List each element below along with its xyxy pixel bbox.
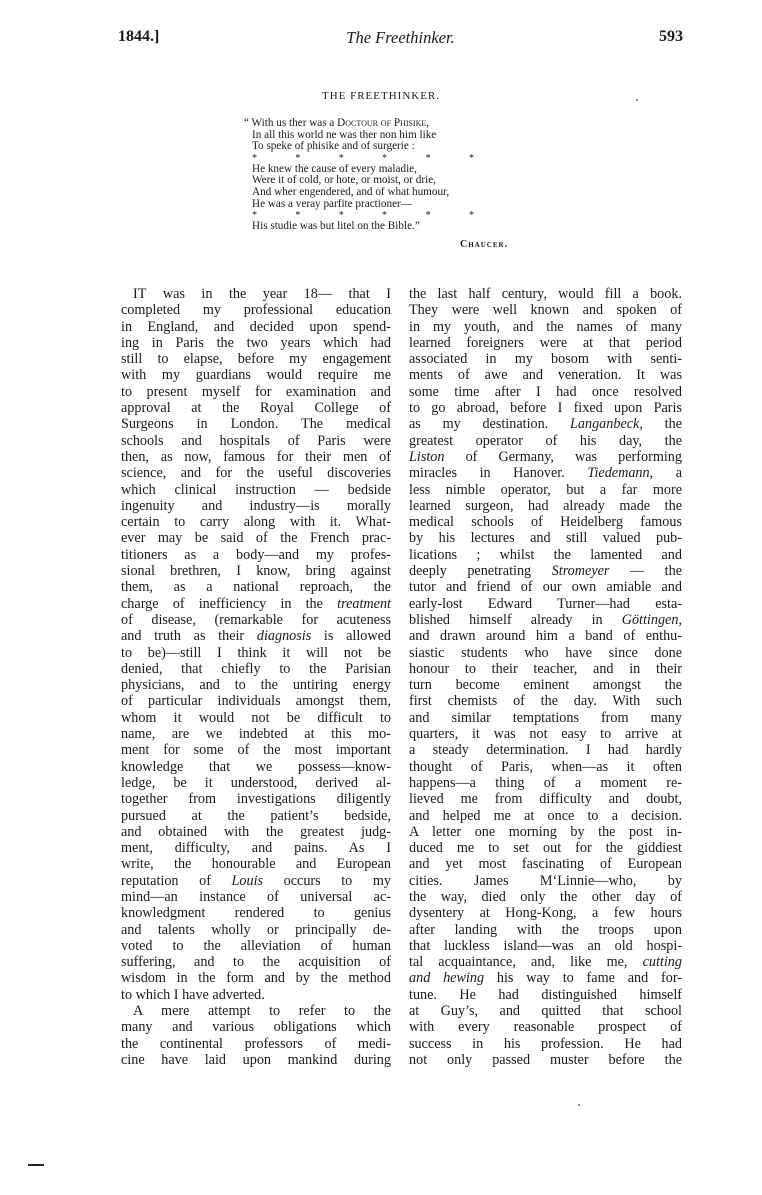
text-line: that luckless island—was an old hospi- <box>409 938 682 954</box>
text-line: wisdom in the form and by the method <box>121 970 391 986</box>
text-line: miracles in Hanover. Tiedemann, a <box>409 465 682 481</box>
text-line: with every reasonable prospect of <box>409 1019 682 1035</box>
text-line: and talents wholly or principally de- <box>121 922 391 938</box>
text-line: pursued at the patient’s bedside, <box>121 808 391 824</box>
text-line: thought of Paris, when—as it often <box>409 759 682 775</box>
text-line: physicians, and to the untiring energy <box>121 677 391 693</box>
text-line: lieved me from difficulty and doubt, <box>409 791 682 807</box>
epigraph: “ With us ther was a Doctour of Phisike,… <box>244 118 522 233</box>
text-line: associated in my bosom with senti- <box>409 351 682 367</box>
text-line: A mere attempt to refer to the <box>121 1003 391 1019</box>
text-line: quarters, it was not easy to arrive at <box>409 726 682 742</box>
text-line: ment, difficulty, and pains. As I <box>121 840 391 856</box>
text-line: certain to carry along with it. What- <box>121 514 391 530</box>
text-line: tutor and friend of our own amiable and <box>409 579 682 595</box>
text-line: Surgeons in London. The medical <box>121 416 391 432</box>
text-line: whom it would not be difficult to <box>121 710 391 726</box>
text-line: science, and for the useful discoveries <box>121 465 391 481</box>
text-line: in my youth, and the names of many <box>409 319 682 335</box>
text-line: the last half century, would fill a book… <box>409 286 682 302</box>
text-line: honour to their teacher, and in their <box>409 661 682 677</box>
text-line: duced me to set out for the giddiest <box>409 840 682 856</box>
text-line: ment for some of the most important <box>121 742 391 758</box>
text-line: ing in Paris the two years which had <box>121 335 391 351</box>
text-line: learned surgeon, had already made the <box>409 498 682 514</box>
text-line: and obtained with the greatest judg- <box>121 824 391 840</box>
text-line: blished himself already in Göttingen, <box>409 612 682 628</box>
text-line: less nimble operator, but a far more <box>409 482 682 498</box>
text-line: denied, that chiefly to the Parisian <box>121 661 391 677</box>
epigraph-attribution: Chaucer. <box>460 239 508 250</box>
text-line: after landing with the troops upon <box>409 922 682 938</box>
running-head: 1844.] The Freethinker. 593 <box>118 28 683 52</box>
text-line: which clinical instruction — bedside <box>121 482 391 498</box>
text-line: some time after I had once resolved <box>409 384 682 400</box>
text-line: A letter one morning by the post in- <box>409 824 682 840</box>
page-number: 593 <box>659 28 683 46</box>
text-line: many and various obligations which <box>121 1019 391 1035</box>
text-line: to be)—still I think it will not be <box>121 645 391 661</box>
text-line: write, the honourable and European <box>121 856 391 872</box>
text-line: deeply penetrating Stromeyer — the <box>409 563 682 579</box>
text-line: siastic students who have since done <box>409 645 682 661</box>
text-line: still to elapse, before my engagement <box>121 351 391 367</box>
text-line: and similar temptations from many <box>409 710 682 726</box>
text-line: mind—an instance of universal ac- <box>121 889 391 905</box>
text-line: completed my professional education <box>121 302 391 318</box>
text-line: IT was in the year 18— that I <box>121 286 391 302</box>
text-line: titioners as a body—and my profes- <box>121 547 391 563</box>
text-line: tal acquaintance, and, like me, cutting <box>409 954 682 970</box>
text-line: tune. He had distinguished himself <box>409 987 682 1003</box>
text-line: turn become eminent amongst the <box>409 677 682 693</box>
text-line: reputation of Louis occurs to my <box>121 873 391 889</box>
text-line: schools and hospitals of Paris were <box>121 433 391 449</box>
text-line: and helped me at once to a decision. <box>409 808 682 824</box>
scan-speck <box>636 99 638 101</box>
text-line: early-lost Edward Turner—had esta- <box>409 596 682 612</box>
text-line: ever may be said of the French prac- <box>121 530 391 546</box>
text-line: at Guy’s, and quitted that school <box>409 1003 682 1019</box>
text-line: in England, and decided upon spend- <box>121 319 391 335</box>
right-column: the last half century, would fill a book… <box>409 286 682 1068</box>
text-line: of particular individuals amongst them, <box>121 693 391 709</box>
text-line: and truth as their diagnosis is allowed <box>121 628 391 644</box>
text-line: approval at the Royal College of <box>121 400 391 416</box>
text-line: voted to the alleviation of human <box>121 938 391 954</box>
epigraph-line: “ With us ther was a Doctour of Phisike, <box>244 118 522 130</box>
text-line: then, as now, famous for their men of <box>121 449 391 465</box>
text-line: happens—a thing of a moment re- <box>409 775 682 791</box>
text-line: sional brethren, I know, bring against <box>121 563 391 579</box>
text-line: cities. James M‘Linnie—who, by <box>409 873 682 889</box>
text-line: suffering, and to the acquisition of <box>121 954 391 970</box>
text-line: first chemists of the day. With such <box>409 693 682 709</box>
epigraph-line: His studie was but litel on the Bible.” <box>244 221 522 233</box>
text-line: to which I have adverted. <box>121 987 391 1003</box>
text-line: lications ; whilst the lamented and <box>409 547 682 563</box>
text-line: the way, died only the other day of <box>409 889 682 905</box>
epigraph-line: He was a veray parfite practioner— <box>244 199 522 211</box>
text-line: knowledge that we possess—know- <box>121 759 391 775</box>
text-line: They were well known and spoken of <box>409 302 682 318</box>
text-line: greatest operator of his day, the <box>409 433 682 449</box>
text-line: together from investigations diligently <box>121 791 391 807</box>
journal-title: The Freethinker. <box>118 28 683 48</box>
text-line: them, as a national reproach, the <box>121 579 391 595</box>
scan-speck <box>578 1104 580 1106</box>
text-line: cine have laid upon mankind during <box>121 1052 391 1068</box>
text-line: success in his profession. He had <box>409 1036 682 1052</box>
epigraph-line: And wher engendered, and of what humour, <box>244 187 522 199</box>
epigraph-line: To speke of phisike and of surgerie : <box>244 141 522 153</box>
text-line: name, are we indebted at this mo- <box>121 726 391 742</box>
text-line: knowledgment rendered to genius <box>121 905 391 921</box>
left-column: IT was in the year 18— that Icompleted m… <box>121 286 391 1068</box>
text-line: by his lectures and still valued pub- <box>409 530 682 546</box>
article-title: THE FREETHINKER. <box>0 90 762 102</box>
text-line: of disease, (remarkable for acuteness <box>121 612 391 628</box>
text-line: a steady determination. I had hardly <box>409 742 682 758</box>
text-line: with my guardians would require me <box>121 367 391 383</box>
text-line: and yet most fascinating of European <box>409 856 682 872</box>
text-line: learned foreigners were at that period <box>409 335 682 351</box>
text-line: the continental professors of medi- <box>121 1036 391 1052</box>
text-line: to go abroad, before I fixed upon Paris <box>409 400 682 416</box>
text-line: ledge, be it understood, derived al- <box>121 775 391 791</box>
text-line: Liston of Germany, was performing <box>409 449 682 465</box>
text-line: medical schools of Heidelberg famous <box>409 514 682 530</box>
text-line: as my destination. Langanbeck, the <box>409 416 682 432</box>
text-line: not only passed muster before the <box>409 1052 682 1068</box>
scan-mark <box>28 1164 44 1166</box>
text-line: and drawn around him a band of enthu- <box>409 628 682 644</box>
text-line: ments of awe and veneration. It was <box>409 367 682 383</box>
text-line: to present myself for examination and <box>121 384 391 400</box>
text-line: ingenuity and industry—is morally <box>121 498 391 514</box>
text-line: dysentery at Hong-Kong, a few hours <box>409 905 682 921</box>
text-line: charge of inefficiency in the treatment <box>121 596 391 612</box>
text-line: and hewing his way to fame and for- <box>409 970 682 986</box>
